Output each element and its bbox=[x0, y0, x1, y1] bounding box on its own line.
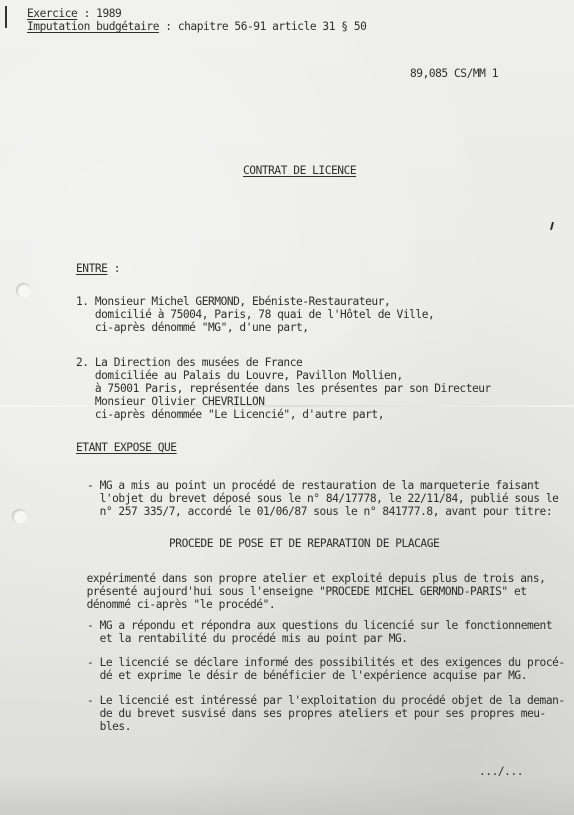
recital-line: - Le licencié se déclare informé des pos… bbox=[87, 656, 565, 670]
party-2-line: Monsieur Olivier CHEVRILLON bbox=[76, 395, 265, 409]
imputation-label: Imputation budgétaire bbox=[27, 20, 159, 33]
exercice-value: : 1989 bbox=[77, 7, 121, 20]
recital-line: expérimenté dans son propre atelier et e… bbox=[74, 572, 545, 586]
recital-line: n° 257 335/7, accordé le 01/06/87 sous l… bbox=[87, 505, 552, 519]
punch-hole-bottom bbox=[12, 509, 27, 524]
recital-line: de du brevet susvisé dans ses propres at… bbox=[87, 707, 546, 721]
recital-line: - Le licencié est intéressé par l'exploi… bbox=[87, 694, 565, 708]
recital-line: - MG a mis au point un procédé de restau… bbox=[87, 479, 540, 493]
punch-hole-top bbox=[16, 283, 31, 298]
imputation-line: Imputation budgétaire : chapitre 56-91 a… bbox=[27, 20, 366, 34]
recital-line: dénommé ci-après "le procédé". bbox=[74, 598, 275, 612]
scanned-document-page: Exercice : 1989 Imputation budgétaire : … bbox=[0, 0, 574, 815]
party-1-line: ci-après dénommé "MG", d'une part, bbox=[76, 321, 309, 335]
stray-mark bbox=[550, 222, 554, 230]
parties-heading: ENTRE : bbox=[76, 262, 120, 276]
imputation-value: : chapitre 56-91 article 31 § 50 bbox=[159, 20, 366, 33]
recitals-heading: ETANT EXPOSE QUE bbox=[76, 441, 177, 455]
party-1-line: 1. Monsieur Michel GERMOND, Ebéniste-Res… bbox=[76, 295, 390, 309]
recital-line: - MG a répondu et répondra aux questions… bbox=[87, 619, 552, 633]
recital-line: et la rentabilité du procédé mis au poin… bbox=[87, 632, 408, 646]
party-2-line: ci-après dénommée "Le Licencié", d'autre… bbox=[76, 408, 384, 422]
recital-line: bles. bbox=[87, 720, 131, 734]
scan-shadow bbox=[0, 775, 574, 815]
party-1-line: domicilié à 75004, Paris, 78 quai de l'H… bbox=[76, 308, 434, 322]
exercice-label: Exercice bbox=[27, 7, 77, 20]
party-2-line: à 75001 Paris, représentée dans les prés… bbox=[76, 382, 491, 396]
parties-heading-text: ENTRE bbox=[76, 262, 107, 275]
recital-line: présenté aujourd'hui sous l'enseigne "PR… bbox=[74, 585, 527, 599]
parties-heading-colon: : bbox=[107, 262, 120, 275]
recital-line: l'objet du brevet déposé sous le n° 84/1… bbox=[87, 492, 558, 506]
party-2-line: domiciliée au Palais du Louvre, Pavillon… bbox=[76, 369, 403, 383]
patent-title: PROCEDE DE POSE ET DE REPARATION DE PLAC… bbox=[169, 537, 439, 551]
margin-mark bbox=[5, 6, 7, 28]
continuation-mark: .../... bbox=[479, 765, 523, 779]
party-2-line: 2. La Direction des musées de France bbox=[76, 356, 302, 370]
exercice-line: Exercice : 1989 bbox=[27, 7, 121, 21]
document-reference: 89,085 CS/MM 1 bbox=[410, 67, 498, 81]
document-title: CONTRAT DE LICENCE bbox=[243, 164, 356, 178]
recital-line: dé et exprime le désir de bénéficier de … bbox=[87, 669, 527, 683]
